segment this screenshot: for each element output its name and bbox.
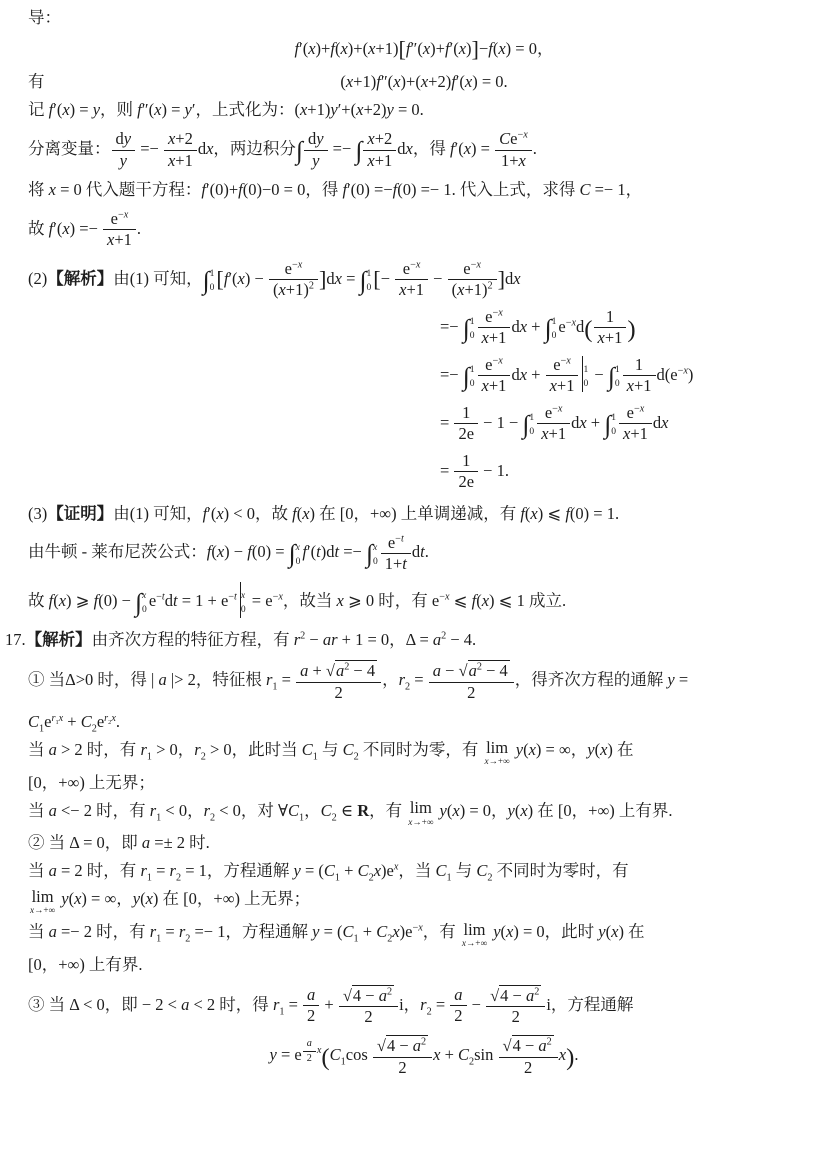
case2-a-2: 当 a = 2 时，有 r1 = r2 = 1，方程通解 y = (C1 + C… [28, 859, 820, 883]
intro-tail: 导： [28, 6, 820, 30]
initial-condition: 将 x = 0 代入题干方程：f′(0)+f(0)−0 = 0，得 f′(0) … [28, 178, 820, 202]
case2-bounded: [0，+∞) 上有界. [28, 953, 820, 977]
line-content: 记 f′(x) = y，则 f″(x) = y′，上式化为：(x+1)y′+(x… [28, 100, 424, 119]
line-label: 有 [28, 70, 45, 94]
line-content: [0，+∞) 上有界. [28, 955, 143, 974]
case3-general-solution: y = ea2x(C1cos √4 − a22x + C2sin √4 − a2… [28, 1035, 820, 1077]
part2-integral-start: (2)【解析】由(1) 可知，∫10[f′(x) − e−x(x+1)2]dx … [28, 260, 820, 300]
case3-complex-roots: ③ 当 Δ < 0，即 − 2 < a < 2 时，得 r1 = a2 + √4… [28, 985, 820, 1027]
line-content: [0，+∞) 上无界； [28, 773, 155, 792]
line-content: = 12e − 1. [440, 461, 509, 480]
case1-general-solution: C1er1x + C2er2x. [28, 710, 820, 734]
part3-bound-result: 故 f(x) ⩾ f(0) − ∫x0e−tdt = 1 + e−tx0 = e… [28, 582, 820, 618]
case2-a-neg2: 当 a =− 2 时，有 r1 = r2 =− 1，方程通解 y = (C1 +… [28, 920, 820, 949]
line-content: (x+1)f″(x)+(x+2)f′(x) = 0. [340, 72, 507, 91]
line-content: ① 当Δ>0 时，得 | a |> 2，特征根 r1 = a + √a2 − 4… [28, 670, 688, 689]
line-content: 当 a <− 2 时，有 r1 < 0，r2 < 0，对 ∀C1，C2 ∈ R，… [28, 801, 672, 820]
line-content: f′(x)+f(x)+(x+1)[f″(x)+f′(x)]−f(x) = 0， [295, 39, 554, 58]
line-content: = 12e − 1 − ∫10e−xx+1dx + ∫10e−xx+1dx [440, 413, 668, 432]
f-prime-result: 故 f′(x) =− e−xx+1. [28, 210, 820, 250]
line-content: 当 a > 2 时，有 r1 > 0，r2 > 0，此时当 C1 与 C2 不同… [28, 740, 634, 759]
line-content: ② 当 Δ = 0，即 a =± 2 时. [28, 833, 210, 852]
line-content: (2)【解析】由(1) 可知，∫10[f′(x) − e−x(x+1)2]dx … [28, 269, 521, 288]
case1-a-gt-2: 当 a > 2 时，有 r1 > 0，r2 > 0，此时当 C1 与 C2 不同… [28, 738, 820, 767]
case1-roots: ① 当Δ>0 时，得 | a |> 2，特征根 r1 = a + √a2 − 4… [28, 660, 820, 702]
line-content: 17.【解析】由齐次方程的特征方程，有 r2 − ar + 1 = 0，Δ = … [5, 630, 476, 649]
line-content: 当 a = 2 时，有 r1 = r2 = 1，方程通解 y = (C1 + C… [28, 861, 629, 880]
case1-a-lt-neg2: 当 a <− 2 时，有 r1 < 0，r2 < 0，对 ∀C1，C2 ∈ R，… [28, 799, 820, 828]
separate-variables: 分离变量：dyy =− x+2x+1dx，两边积分∫dyy =− ∫x+2x+1… [28, 130, 820, 170]
part2-result: = 12e − 1. [440, 452, 820, 492]
part2-step-4: = 12e − 1 − ∫10e−xx+1dx + ∫10e−xx+1dx [440, 404, 820, 444]
line-content: 导： [28, 8, 61, 27]
line-content: ③ 当 Δ < 0，即 − 2 < a < 2 时，得 r1 = a2 + √4… [28, 995, 633, 1014]
line-content: 分离变量：dyy =− x+2x+1dx，两边积分∫dyy =− ∫x+2x+1… [28, 139, 537, 158]
newton-leibniz: 由牛顿 - 莱布尼茨公式：f(x) − f(0) = ∫x0f′(t)dt =−… [28, 534, 820, 574]
line-content: 故 f′(x) =− e−xx+1. [28, 219, 141, 238]
case2-limit-unbounded: limx→+∞ y(x) = ∞，y(x) 在 [0，+∞) 上无界； [28, 887, 820, 916]
part3-monotonic: (3)【证明】由(1) 可知，f′(x) < 0，故 f(x) 在 [0，+∞)… [28, 502, 820, 526]
part2-step-3: =− ∫10e−xx+1dx + e−xx+110 − ∫101x+1d(e−x… [440, 356, 820, 396]
document-page: 导： f′(x)+f(x)+(x+1)[f″(x)+f′(x)]−f(x) = … [0, 0, 836, 1077]
part2-step-2: =− ∫10e−xx+1dx + ∫10e−xd(1x+1) [440, 308, 820, 348]
line-content: 当 a =− 2 时，有 r1 = r2 =− 1，方程通解 y = (C1 +… [28, 922, 645, 941]
expanded-equation: f′(x)+f(x)+(x+1)[f″(x)+f′(x)]−f(x) = 0， [28, 34, 820, 66]
q17-characteristic: 17.【解析】由齐次方程的特征方程，有 r2 − ar + 1 = 0，Δ = … [5, 628, 820, 652]
line-content: =− ∫10e−xx+1dx + ∫10e−xd(1x+1) [440, 317, 636, 336]
line-content: limx→+∞ y(x) = ∞，y(x) 在 [0，+∞) 上无界； [28, 889, 310, 908]
line-content: 将 x = 0 代入题干方程：f′(0)+f(0)−0 = 0，得 f′(0) … [28, 180, 642, 199]
line-content: =− ∫10e−xx+1dx + e−xx+110 − ∫101x+1d(e−x… [440, 365, 693, 384]
line-content: 故 f(x) ⩾ f(0) − ∫x0e−tdt = 1 + e−tx0 = e… [28, 591, 566, 610]
case1-unbounded: [0，+∞) 上无界； [28, 771, 820, 795]
line-content: 由牛顿 - 莱布尼茨公式：f(x) − f(0) = ∫x0f′(t)dt =−… [28, 542, 429, 561]
line-content: y = ea2x(C1cos √4 − a22x + C2sin √4 − a2… [270, 1045, 579, 1064]
case2-delta-zero: ② 当 Δ = 0，即 a =± 2 时. [28, 831, 820, 855]
line-content: (3)【证明】由(1) 可知，f′(x) < 0，故 f(x) 在 [0，+∞)… [28, 504, 619, 523]
substitution-note: 记 f′(x) = y，则 f″(x) = y′，上式化为：(x+1)y′+(x… [28, 98, 820, 122]
line-content: C1er1x + C2er2x. [28, 712, 120, 731]
simplified-equation: 有 (x+1)f″(x)+(x+2)f′(x) = 0. [28, 70, 820, 94]
